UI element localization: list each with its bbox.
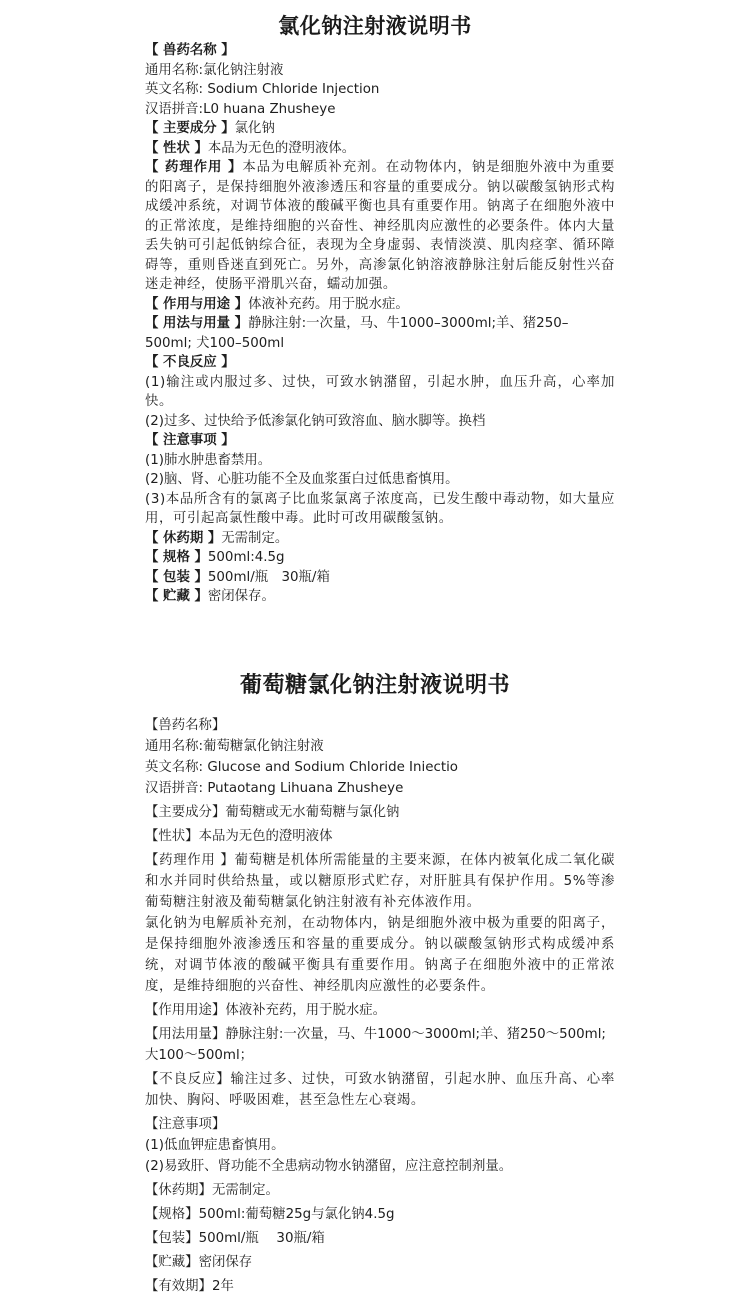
ingredients-row: 【 主要成分 】氯化钠 — [145, 119, 615, 139]
ingredients-row: 【主要成分】葡萄糖或无水葡萄糖与氯化钠 — [145, 802, 615, 823]
pharmacology-row: 【 药理作用 】本品为电解质补充剂。在动物体内，钠是细胞外液中为重要的阳离子，是… — [145, 158, 615, 295]
adverse-label: 【不良反应】 — [145, 1072, 231, 1087]
dosage-label: 【 用法与用量 】 — [145, 316, 248, 331]
package-value: 500ml/瓶 30瓶/箱 — [208, 570, 330, 585]
withdrawal-row: 【 休药期 】无需制定。 — [145, 529, 615, 549]
adverse-label: 【 不良反应 】 — [145, 353, 615, 373]
spec-label: 【 规格 】 — [145, 550, 208, 565]
usage-label: 【作用用途】 — [145, 1003, 225, 1018]
usage-value: 体液补充药。用于脱水症。 — [248, 297, 409, 312]
withdrawal-value: 无需制定。 — [221, 531, 288, 546]
ingredients-value: 氯化钠 — [235, 121, 275, 136]
storage-label: 【贮藏】 — [145, 1255, 199, 1270]
generic-name: 通用名称:氯化钠注射液 — [145, 61, 615, 81]
pharmacology-row: 【药理作用 】葡萄糖是机体所需能量的主要来源，在体内被氧化成二氧化碳和水并同时供… — [145, 850, 615, 913]
expiry-row: 【有效期】2年 — [145, 1276, 615, 1297]
usage-row: 【作用用途】体液补充药，用于脱水症。 — [145, 1000, 615, 1021]
generic-name: 通用名称:葡萄糖氯化钠注射液 — [145, 736, 615, 757]
storage-label: 【 贮藏 】 — [145, 589, 208, 604]
precaution-item: (1)低血钾症患畜慎用。 — [145, 1135, 615, 1156]
english-name: 英文名称: Sodium Chloride Injection — [145, 80, 615, 100]
spec-value: 500ml:4.5g — [208, 550, 285, 565]
doc-title: 葡萄糖氯化钠注射液说明书 — [0, 668, 750, 704]
glucose-sodium-chloride-leaflet: 葡萄糖氯化钠注射液说明书 【兽药名称】 通用名称:葡萄糖氯化钠注射液 英文名称:… — [0, 668, 750, 704]
pharmacology-label: 【 药理作用 】 — [145, 160, 242, 175]
doc-body: 【兽药名称】 通用名称:葡萄糖氯化钠注射液 英文名称: Glucose and … — [145, 712, 615, 1297]
usage-label: 【 作用与用途 】 — [145, 297, 248, 312]
ingredients-value: 葡萄糖或无水葡萄糖与氯化钠 — [225, 805, 399, 820]
spec-label: 【规格】 — [145, 1207, 199, 1222]
precautions-label: 【注意事项】 — [145, 1114, 615, 1135]
withdrawal-value: 无需制定。 — [212, 1183, 279, 1198]
withdrawal-label: 【 休药期 】 — [145, 531, 221, 546]
storage-row: 【 贮藏 】密闭保存。 — [145, 587, 615, 607]
spec-value: 500ml:葡萄糖25g与氯化钠4.5g — [199, 1207, 395, 1222]
adverse-row: 【不良反应】输注过多、过快，可致水钠潴留，引起水肿、血压升高、心率加快、胸闷、呼… — [145, 1069, 615, 1111]
usage-row: 【 作用与用途 】体液补充药。用于脱水症。 — [145, 295, 615, 315]
dosage-row: 【用法用量】静脉注射:一次量，马、牛1000～3000ml;羊、猪250～500… — [145, 1024, 615, 1066]
storage-value: 密闭保存。 — [208, 589, 275, 604]
precaution-item: (2)脑、肾、心脏功能不全及血浆蛋白过低患畜慎用。 — [145, 470, 615, 490]
dosage-label: 【用法用量】 — [145, 1027, 225, 1042]
section-header-vet-name: 【兽药名称】 — [145, 715, 615, 736]
spec-row: 【规格】500ml:葡萄糖25g与氯化钠4.5g — [145, 1204, 615, 1225]
withdrawal-label: 【休药期】 — [145, 1183, 212, 1198]
withdrawal-row: 【休药期】无需制定。 — [145, 1180, 615, 1201]
expiry-label: 【有效期】 — [145, 1279, 212, 1294]
doc-body: 【 兽药名称 】 通用名称:氯化钠注射液 英文名称: Sodium Chlori… — [145, 41, 615, 607]
package-label: 【 包装 】 — [145, 570, 208, 585]
adverse-item: (1)输注或内服过多、过快，可致水钠潴留，引起水肿，血压升高，心率加快。 — [145, 373, 615, 412]
property-row: 【性状】本品为无色的澄明液体 — [145, 826, 615, 847]
property-row: 【 性状 】本品为无色的澄明液体。 — [145, 139, 615, 159]
dosage-row: 【 用法与用量 】静脉注射:一次量，马、牛1000–3000ml;羊、猪250–… — [145, 314, 615, 353]
ingredients-label: 【 主要成分 】 — [145, 121, 235, 136]
pharmacology-label: 【药理作用 】 — [145, 853, 235, 868]
storage-row: 【贮藏】密闭保存 — [145, 1252, 615, 1273]
doc-title: 氯化钠注射液说明书 — [0, 0, 750, 42]
package-label: 【包装】 — [145, 1231, 199, 1246]
english-name: 英文名称: Glucose and Sodium Chloride Iniect… — [145, 757, 615, 778]
adverse-item: (2)过多、过快给予低渗氯化钠可致溶血、脑水脚等。换档 — [145, 412, 615, 432]
usage-value: 体液补充药，用于脱水症。 — [225, 1003, 386, 1018]
pinyin-name: 汉语拼音: Putaotang Lihuana Zhusheye — [145, 778, 615, 799]
expiry-value: 2年 — [212, 1279, 234, 1294]
property-value: 本品为无色的澄明液体。 — [208, 141, 355, 156]
property-label: 【性状】 — [145, 829, 199, 844]
sodium-chloride-leaflet: 氯化钠注射液说明书 【 兽药名称 】 通用名称:氯化钠注射液 英文名称: Sod… — [0, 0, 750, 42]
ingredients-label: 【主要成分】 — [145, 805, 225, 820]
pharmacology-value: 本品为电解质补充剂。在动物体内，钠是细胞外液中为重要的阳离子，是保持细胞外液渗透… — [145, 160, 615, 292]
storage-value: 密闭保存 — [199, 1255, 253, 1270]
property-value: 本品为无色的澄明液体 — [199, 829, 333, 844]
section-header-vet-name: 【 兽药名称 】 — [145, 41, 615, 61]
package-row: 【 包装 】500ml/瓶 30瓶/箱 — [145, 568, 615, 588]
package-row: 【包装】500ml/瓶 30瓶/箱 — [145, 1228, 615, 1249]
precaution-item: (2)易致肝、肾功能不全患病动物水钠潴留，应注意控制剂量。 — [145, 1156, 615, 1177]
package-value: 500ml/瓶 30瓶/箱 — [199, 1231, 325, 1246]
precaution-item: (3)本品所含有的氯离子比血浆氯离子浓度高，已发生酸中毒动物，如大量应用，可引起… — [145, 490, 615, 529]
property-label: 【 性状 】 — [145, 141, 208, 156]
pinyin-name: 汉语拼音:L0 huana Zhusheye — [145, 100, 615, 120]
precaution-item: (1)肺水肿患畜禁用。 — [145, 451, 615, 471]
precautions-label: 【 注意事项 】 — [145, 431, 615, 451]
spec-row: 【 规格 】500ml:4.5g — [145, 548, 615, 568]
pharmacology-value-cont: 氯化钠为电解质补充剂，在动物体内，钠是细胞外液中极为重要的阳离子，是保持细胞外液… — [145, 913, 615, 997]
